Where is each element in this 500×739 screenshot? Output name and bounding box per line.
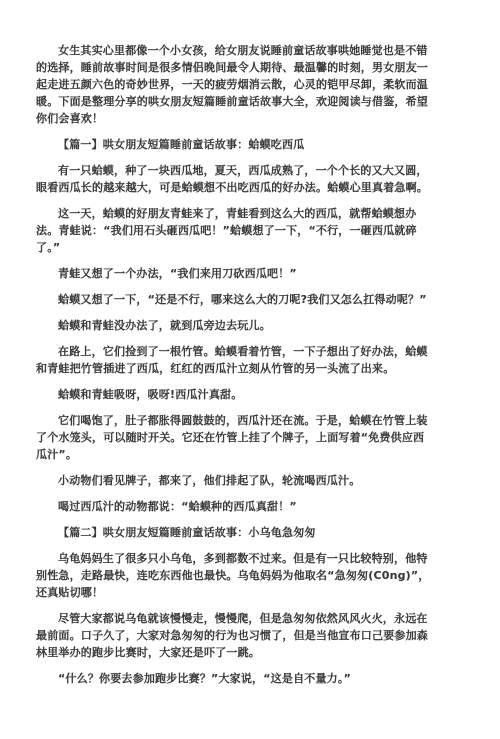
section-1-paragraph-8: 它们喝饱了，肚子都胀得圆鼓鼓的，西瓜汁还在流。于是，蛤蟆在竹管上装了个水笼头，可… xyxy=(36,412,430,463)
section-1-paragraph-6: 在路上，它们捡到了一根竹管。蛤蟆看着竹管，一下子想出了好办法，蛤蟆和青蛙把竹管插… xyxy=(36,343,430,377)
section-2-paragraph-1: 乌龟妈妈生了很多只小乌龟，多到都数不过来。但是有一只比较特别，他特别性急，走路最… xyxy=(36,550,430,601)
section-1-paragraph-2: 这一天，蛤蟆的好朋友青蛙来了，青蛙看到这么大的西瓜，就帮蛤蟆想办法。青蛙说：“我… xyxy=(36,205,430,256)
section-2-paragraph-2: 尽管大家都说乌龟就该慢慢走，慢慢爬，但是急匆匆依然风风火火，永远在最前面。口子久… xyxy=(36,610,430,661)
section-2-paragraph-3: “什么？你要去参加跑步比赛？”大家说，“这是自不量力。” xyxy=(36,670,430,687)
section-2-heading: 【篇二】哄女朋友短篇睡前童话故事：小乌龟急匆匆 xyxy=(36,524,430,541)
intro-paragraph: 女生其实心里都像一个小女孩，给女朋友说睡前童话故事哄她睡觉也是不错的选择，睡前故… xyxy=(36,42,430,127)
section-1-paragraph-10: 喝过西瓜汁的动物都说：“蛤蟆种的西瓜真甜！” xyxy=(36,498,430,515)
section-1-paragraph-1: 有一只蛤蟆，种了一块西瓜地，夏天，西瓜成熟了，一个个长的又大又圆，眼看西瓜长的越… xyxy=(36,162,430,196)
section-1-paragraph-9: 小动物们看见牌子，都来了，他们排起了队，轮流喝西瓜汁。 xyxy=(36,472,430,489)
document-page: 女生其实心里都像一个小女孩，给女朋友说睡前童话故事哄她睡觉也是不错的选择，睡前故… xyxy=(0,0,500,739)
section-1-heading: 【篇一】哄女朋友短篇睡前童话故事：蛤蟆吃西瓜 xyxy=(36,136,430,153)
section-1-paragraph-3: 青蛙又想了一个办法，“我们来用刀砍西瓜吧！” xyxy=(36,265,430,282)
section-1-paragraph-4: 蛤蟆又想了一下，“还是不行，哪来这么大的刀呢?我们又怎么扛得动呢？” xyxy=(36,291,430,308)
section-1-paragraph-5: 蛤蟆和青蛙没办法了，就到瓜旁边去玩儿。 xyxy=(36,317,430,334)
section-1-paragraph-7: 蛤蟆和青蛙吸呀，吸呀!西瓜汁真甜。 xyxy=(36,386,430,403)
